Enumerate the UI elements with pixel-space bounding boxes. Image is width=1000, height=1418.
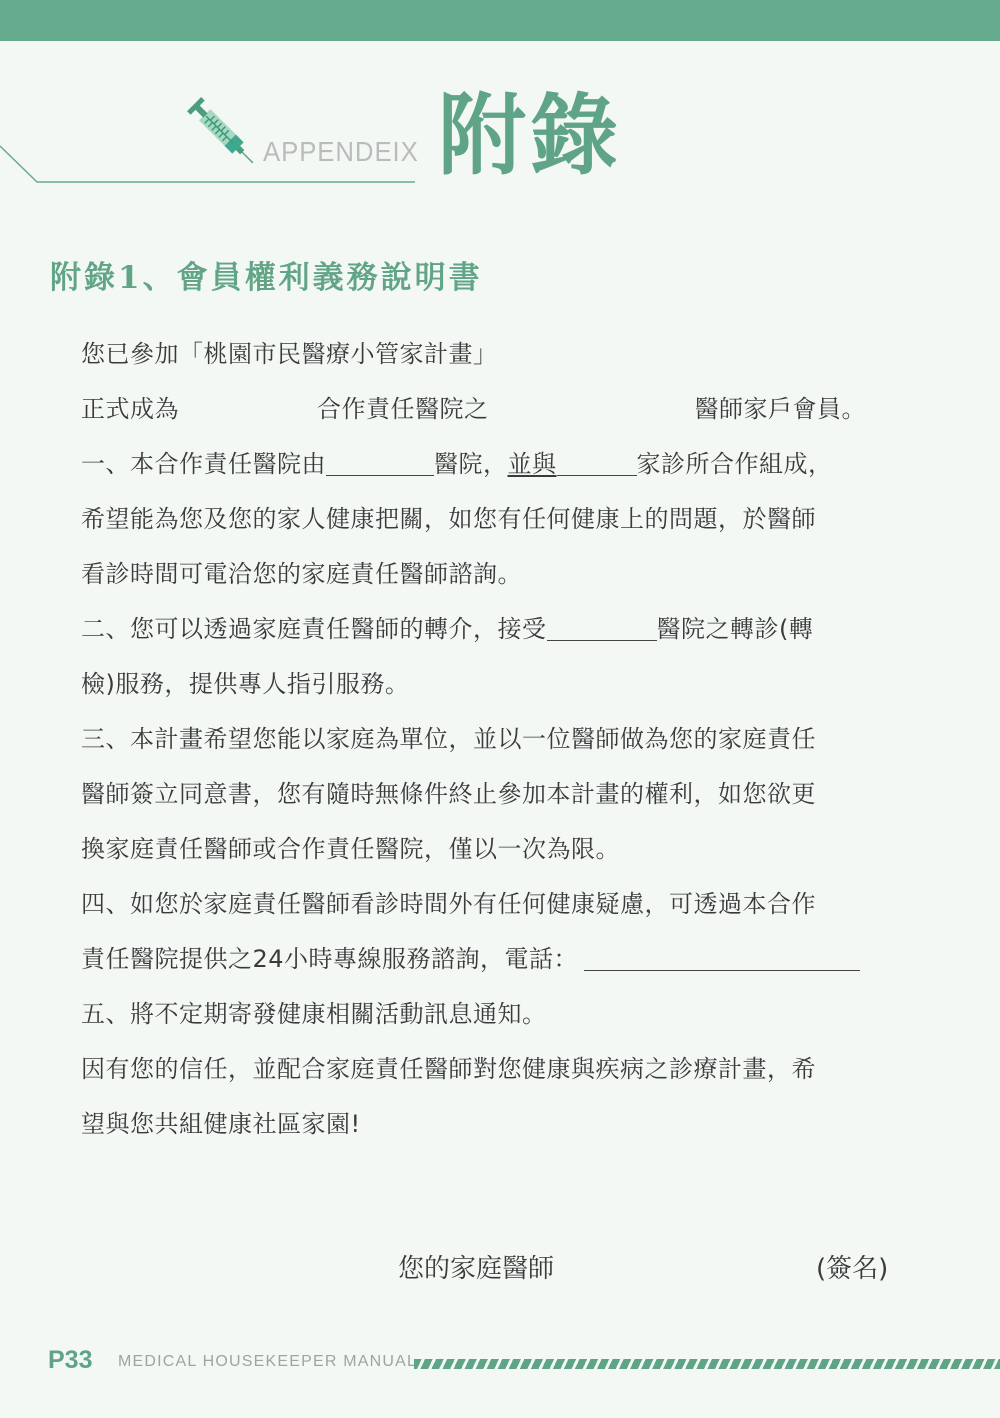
page-footer: P33 MEDICAL HOUSEKEEPER MANUAL <box>48 1346 1000 1380</box>
item-3-line-1: 三、本計畫希望您能以家庭為單位，並以一位醫師做為您的家庭責任 <box>81 712 901 767</box>
intro-line: 您已參加「桃園市民醫療小管家計畫」 <box>81 327 901 382</box>
item-1-line-1: 一、本合作責任醫院由醫院，並與家診所合作組成， <box>81 437 901 492</box>
closing-line-1: 因有您的信任，並配合家庭責任醫師對您健康與疾病之診療計畫，希 <box>81 1042 901 1097</box>
syringe-icon <box>178 88 264 174</box>
signature-note: (簽名) <box>816 1248 888 1285</box>
item-3-line-3: 換家庭責任醫師或合作責任醫院，僅以一次為限。 <box>81 822 901 877</box>
item-4-line-1: 四、如您於家庭責任醫師看診時間外有任何健康疑慮，可透過本合作 <box>81 877 901 932</box>
item-1-text-b: 醫院， <box>434 450 508 478</box>
item-2-line-1: 二、您可以透過家庭責任醫師的轉介，接受醫院之轉診(轉 <box>81 602 901 657</box>
signature-label: 您的家庭醫師 <box>398 1248 554 1285</box>
page-number: P33 <box>48 1346 92 1375</box>
item-2-text-a: 二、您可以透過家庭責任醫師的轉介，接受 <box>81 615 547 643</box>
appendix-english-label: APPENDEIX <box>263 136 419 168</box>
clinic-count-blank <box>557 447 637 476</box>
appendix-chinese-heading: 附錄 <box>438 86 622 186</box>
membership-text-2: 合作責任醫院之 <box>317 395 489 423</box>
closing-line-2: 望與您共組健康社區家園! <box>81 1097 901 1152</box>
referral-hospital-blank <box>547 612 657 641</box>
item-4-text: 責任醫院提供之24小時專線服務諮詢，電話： <box>81 945 578 973</box>
item-1-text-d: 家診所合作組成， <box>637 450 833 478</box>
phone-blank <box>584 942 860 971</box>
item-2-line-2: 檢)服務，提供專人指引服務。 <box>81 657 901 712</box>
item-1-line-2: 希望能為您及您的家人健康把關，如您有任何健康上的問題，於醫師 <box>81 492 901 547</box>
item-3-line-2: 醫師簽立同意書，您有隨時無條件終止參加本計畫的權利，如您欲更 <box>81 767 901 822</box>
membership-text-1: 正式成為 <box>81 395 179 423</box>
item-4-line-2: 責任醫院提供之24小時專線服務諮詢，電話： <box>81 932 901 987</box>
document-body: 您已參加「桃園市民醫療小管家計畫」 正式成為合作責任醫院之醫師家戶會員。 一、本… <box>81 327 901 1152</box>
membership-line: 正式成為合作責任醫院之醫師家戶會員。 <box>81 382 901 437</box>
item-1-line-3: 看診時間可電洽您的家庭責任醫師諮詢。 <box>81 547 901 602</box>
item-1-text-c: 並與 <box>508 450 557 478</box>
membership-text-3: 醫師家戶會員。 <box>695 395 867 423</box>
item-2-text-b: 醫院之轉診(轉 <box>657 615 814 643</box>
manual-title: MEDICAL HOUSEKEEPER MANUAL <box>118 1353 417 1371</box>
item-1-text-a: 一、本合作責任醫院由 <box>81 450 326 478</box>
section-title: 附錄1、會員權利義務說明書 <box>50 252 483 297</box>
decorative-stripe <box>414 1359 1000 1369</box>
hospital-blank <box>326 447 434 476</box>
item-5-line-1: 五、將不定期寄發健康相關活動訊息通知。 <box>81 987 901 1042</box>
